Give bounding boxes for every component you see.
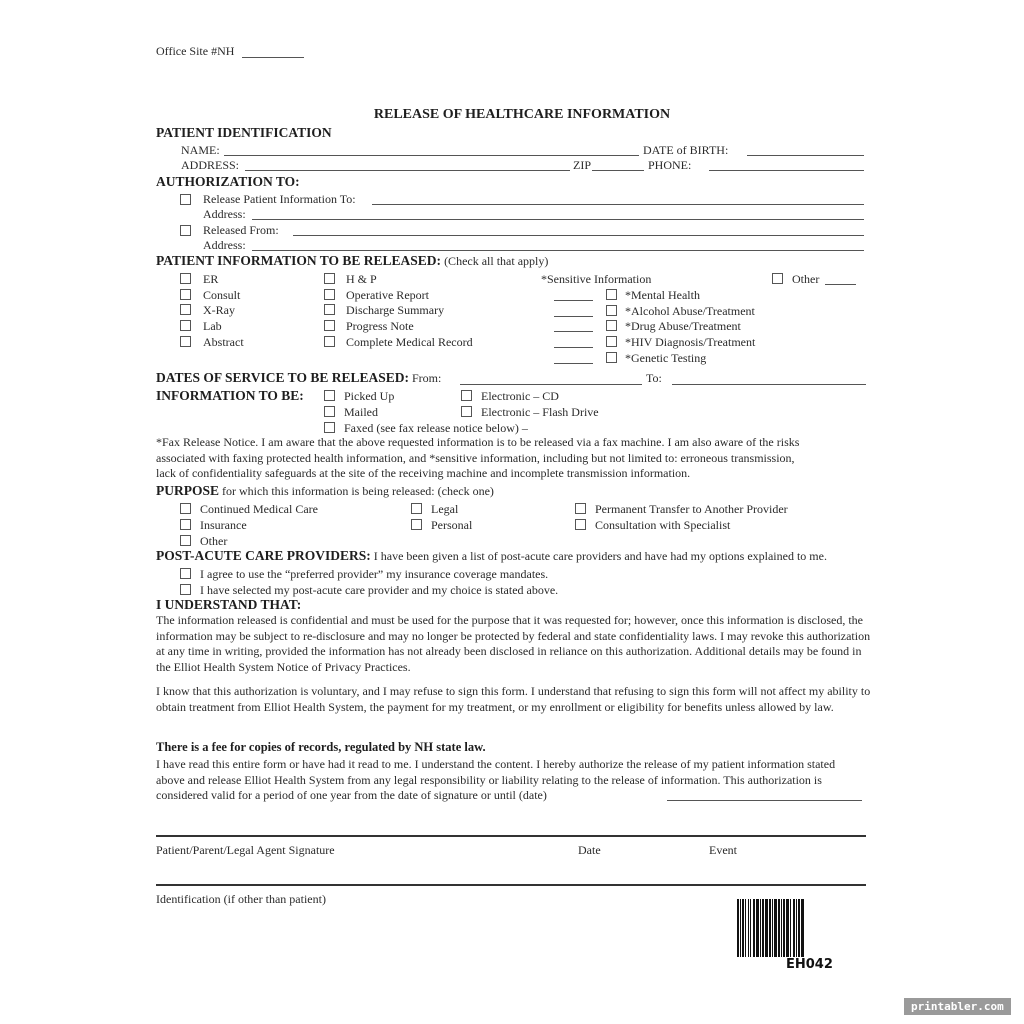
date-label: Date: [578, 843, 601, 857]
sensitive-initials-field[interactable]: [554, 347, 593, 348]
label-electronic-flash-drive: Electronic – Flash Drive: [481, 405, 599, 419]
from-date-field[interactable]: [460, 384, 642, 385]
release-to-checkbox[interactable]: [180, 194, 191, 205]
checkbox-purpose-other[interactable]: [180, 535, 191, 546]
checkbox-purpose-consultation-with-specialist[interactable]: [575, 519, 586, 530]
checkbox-mental-health[interactable]: [606, 289, 617, 300]
checkbox-h-p[interactable]: [324, 273, 335, 284]
identification-label: Identification (if other than patient): [156, 892, 326, 906]
checkbox-mailed[interactable]: [324, 406, 335, 417]
checkbox-purpose-legal[interactable]: [411, 503, 422, 514]
signature-label: Patient/Parent/Legal Agent Signature: [156, 843, 335, 857]
dob-field[interactable]: [747, 155, 864, 156]
fax-notice-line: associated with faxing protected health …: [156, 451, 795, 465]
understand-paragraph-1: The information released is confidential…: [156, 613, 871, 676]
other-label: Other: [792, 272, 819, 286]
checkbox-discharge-summary[interactable]: [324, 304, 335, 315]
event-label: Event: [709, 843, 737, 857]
address-field[interactable]: [245, 170, 570, 171]
checkbox-alcohol-abuse-treatment[interactable]: [606, 305, 617, 316]
office-site-label: Office Site #NH: [156, 44, 234, 59]
from-label: From:: [412, 371, 441, 385]
checkbox-progress-note[interactable]: [324, 320, 335, 331]
label-consult: Consult: [203, 288, 240, 302]
label-alcohol-abuse-treatment: *Alcohol Abuse/Treatment: [625, 304, 755, 318]
fax-notice-line: lack of confidentiality safeguards at th…: [156, 466, 690, 480]
sensitive-initials-field[interactable]: [554, 300, 593, 301]
phone-label: PHONE:: [648, 158, 691, 172]
checkbox-purpose-personal[interactable]: [411, 519, 422, 530]
post-acute-note: I have been given a list of post-acute c…: [374, 549, 827, 563]
checkbox-drug-abuse-treatment[interactable]: [606, 320, 617, 331]
fax-notice-line: *Fax Release Notice. I am aware that the…: [156, 435, 799, 449]
sensitive-initials-field[interactable]: [554, 331, 593, 332]
label-drug-abuse-treatment: *Drug Abuse/Treatment: [625, 319, 741, 333]
info-released-note: (Check all that apply): [444, 254, 548, 268]
post-acute-heading: POST-ACUTE CARE PROVIDERS:: [156, 548, 371, 563]
name-label: NAME:: [181, 143, 220, 157]
other-checkbox[interactable]: [772, 273, 783, 284]
label-purpose-personal: Personal: [431, 518, 472, 532]
page-title: RELEASE OF HEALTHCARE INFORMATION: [0, 107, 1024, 123]
checkbox-hiv-diagnosis-treatment[interactable]: [606, 336, 617, 347]
checkbox-operative-report[interactable]: [324, 289, 335, 300]
checkbox-genetic-testing[interactable]: [606, 352, 617, 363]
checkbox-electronic-cd[interactable]: [461, 390, 472, 401]
label-faxed-see-fax-release-notice-below: Faxed (see fax release notice below) –: [344, 421, 528, 435]
label-mailed: Mailed: [344, 405, 378, 419]
checkbox-purpose-continued-medical-care[interactable]: [180, 503, 191, 514]
authorization-heading: AUTHORIZATION TO:: [156, 174, 300, 190]
label-h-p: H & P: [346, 272, 377, 286]
checkbox-x-ray[interactable]: [180, 304, 191, 315]
post-acute-row: POST-ACUTE CARE PROVIDERS: I have been g…: [156, 548, 827, 564]
fee-paragraph: I have read this entire form or have had…: [156, 757, 861, 804]
sensitive-initials-field[interactable]: [554, 363, 593, 364]
label-purpose-permanent-transfer-to-another-provider: Permanent Transfer to Another Provider: [595, 502, 788, 516]
sensitive-heading: *Sensitive Information: [541, 272, 651, 286]
zip-label: ZIP: [573, 158, 591, 172]
checkbox-faxed-see-fax-release-notice-below[interactable]: [324, 422, 335, 433]
checkbox-er[interactable]: [180, 273, 191, 284]
label-electronic-cd: Electronic – CD: [481, 389, 559, 403]
label-x-ray: X-Ray: [203, 303, 235, 317]
identification-line[interactable]: [156, 884, 866, 886]
label-purpose-other: Other: [200, 534, 227, 548]
checkbox-post-acute-1[interactable]: [180, 568, 191, 579]
label-lab: Lab: [203, 319, 222, 333]
info-released-heading: PATIENT INFORMATION TO BE RELEASED:: [156, 253, 441, 268]
sensitive-initials-field[interactable]: [554, 316, 593, 317]
label-progress-note: Progress Note: [346, 319, 414, 333]
release-to-label: Release Patient Information To:: [203, 192, 356, 206]
dates-heading: DATES OF SERVICE TO BE RELEASED:: [156, 370, 409, 385]
released-from-label: Released From:: [203, 223, 279, 237]
zip-field[interactable]: [592, 170, 644, 171]
label-purpose-insurance: Insurance: [200, 518, 247, 532]
released-from-address-field[interactable]: [252, 250, 864, 251]
label-picked-up: Picked Up: [344, 389, 394, 403]
signature-line[interactable]: [156, 835, 866, 837]
understand-paragraph-2: I know that this authorization is volunt…: [156, 684, 871, 715]
until-date-field[interactable]: [667, 800, 862, 801]
name-field[interactable]: [224, 155, 639, 156]
checkbox-consult[interactable]: [180, 289, 191, 300]
label-post-acute-1: I agree to use the “preferred provider” …: [200, 567, 548, 581]
watermark: printabler.com: [904, 998, 1011, 1015]
to-label: To:: [646, 371, 662, 385]
release-to-address-field[interactable]: [252, 219, 864, 220]
understand-heading: I UNDERSTAND THAT:: [156, 597, 301, 613]
label-purpose-consultation-with-specialist: Consultation with Specialist: [595, 518, 730, 532]
checkbox-post-acute-2[interactable]: [180, 584, 191, 595]
purpose-row: PURPOSE for which this information is be…: [156, 483, 494, 499]
label-post-acute-2: I have selected my post-acute care provi…: [200, 583, 558, 597]
released-from-field[interactable]: [293, 235, 864, 236]
label-operative-report: Operative Report: [346, 288, 429, 302]
other-field[interactable]: [825, 284, 856, 285]
label-hiv-diagnosis-treatment: *HIV Diagnosis/Treatment: [625, 335, 755, 349]
label-complete-medical-record: Complete Medical Record: [346, 335, 473, 349]
label-purpose-continued-medical-care: Continued Medical Care: [200, 502, 318, 516]
checkbox-electronic-flash-drive[interactable]: [461, 406, 472, 417]
dob-label: DATE of BIRTH:: [643, 143, 728, 157]
barcode-icon: [737, 899, 832, 957]
release-to-address-label: Address:: [203, 207, 246, 221]
checkbox-complete-medical-record[interactable]: [324, 336, 335, 347]
barcode-code: EH042: [786, 957, 833, 972]
checkbox-lab[interactable]: [180, 320, 191, 331]
released-from-address-label: Address:: [203, 238, 246, 252]
purpose-note: for which this information is being rele…: [222, 484, 494, 498]
label-abstract: Abstract: [203, 335, 244, 349]
checkbox-purpose-insurance[interactable]: [180, 519, 191, 530]
dates-of-service-row: DATES OF SERVICE TO BE RELEASED: From:: [156, 370, 441, 386]
label-mental-health: *Mental Health: [625, 288, 700, 302]
patient-identification-heading: PATIENT IDENTIFICATION: [156, 125, 332, 141]
label-er: ER: [203, 272, 218, 286]
checkbox-picked-up[interactable]: [324, 390, 335, 401]
label-genetic-testing: *Genetic Testing: [625, 351, 706, 365]
purpose-heading: PURPOSE: [156, 483, 219, 498]
checkbox-purpose-permanent-transfer-to-another-provider[interactable]: [575, 503, 586, 514]
release-to-field[interactable]: [372, 204, 864, 205]
information-to-be-heading: INFORMATION TO BE:: [156, 388, 304, 404]
fee-heading: There is a fee for copies of records, re…: [156, 740, 486, 755]
label-purpose-legal: Legal: [431, 502, 458, 516]
to-date-field[interactable]: [672, 384, 866, 385]
info-released-heading-row: PATIENT INFORMATION TO BE RELEASED: (Che…: [156, 253, 548, 269]
phone-field[interactable]: [709, 170, 864, 171]
label-discharge-summary: Discharge Summary: [346, 303, 444, 317]
address-label: ADDRESS:: [181, 158, 239, 172]
checkbox-abstract[interactable]: [180, 336, 191, 347]
released-from-checkbox[interactable]: [180, 225, 191, 236]
office-site-field[interactable]: [242, 57, 304, 58]
